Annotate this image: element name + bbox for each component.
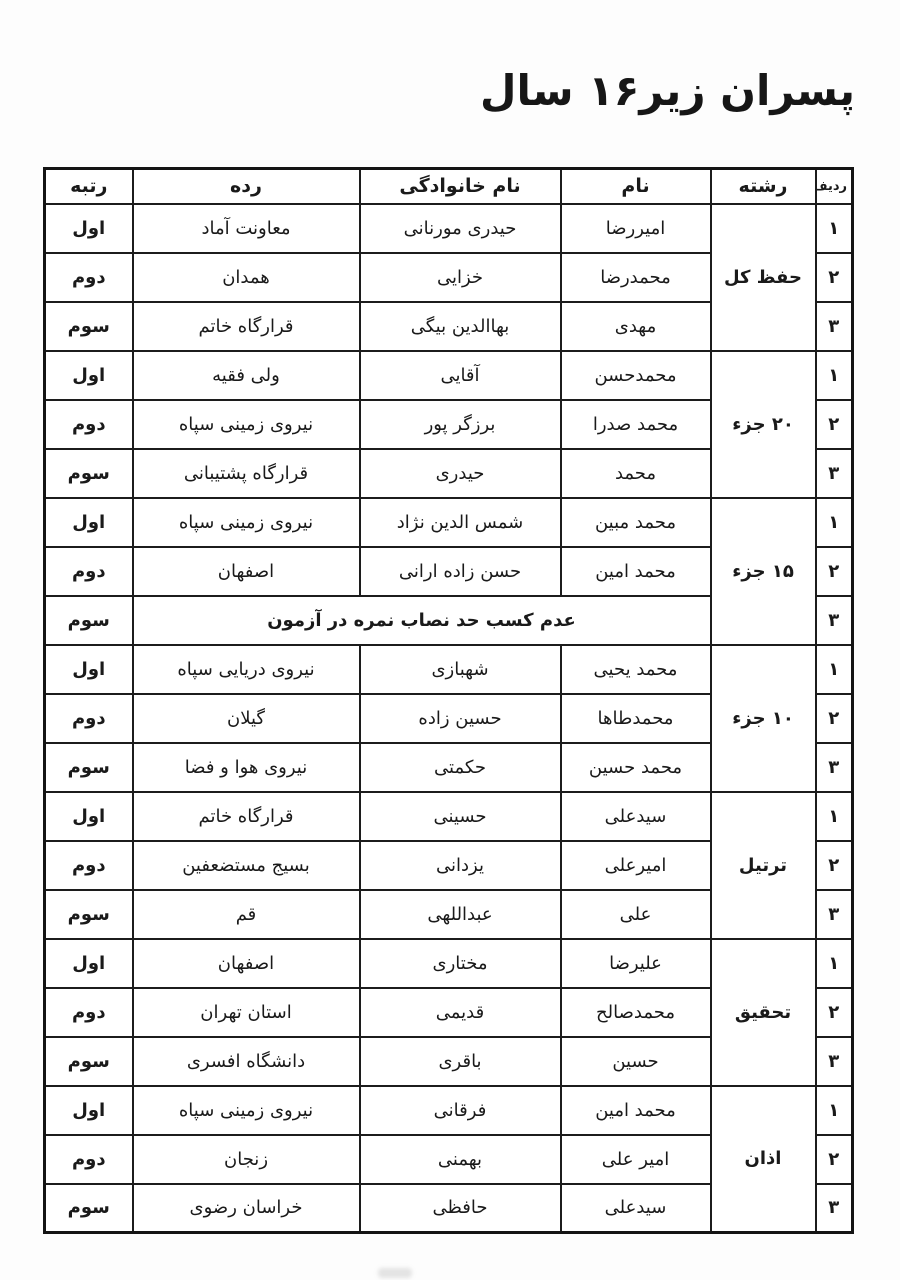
table-row: ۱ترتیلسیدعلیحسینیقرارگاه خاتماول xyxy=(45,792,853,841)
table-row: ۱تحقیقعلیرضامختاریاصفهاناول xyxy=(45,939,853,988)
table-row: ۱۱۵ جزءمحمد مبینشمس الدین نژادنیروی زمین… xyxy=(45,498,853,547)
row-number-cell: ۲ xyxy=(816,988,853,1037)
family-name-cell: مختاری xyxy=(360,939,561,988)
rank-cell: اول xyxy=(45,939,133,988)
first-name-cell: محمدحسن xyxy=(561,351,711,400)
first-name-cell: محمد مبین xyxy=(561,498,711,547)
row-number-cell: ۱ xyxy=(816,939,853,988)
page-title: پسران زیر۱۶ سال xyxy=(45,52,855,130)
rank-cell: سوم xyxy=(45,1037,133,1086)
category-cell: نیروی زمینی سپاه xyxy=(133,1086,360,1135)
header-row-number: ردیف xyxy=(816,169,853,204)
table-row: ۱حفظ کلامیررضاحیدری مورنانیمعاونت آماداو… xyxy=(45,204,853,253)
category-cell: نیروی دریایی سپاه xyxy=(133,645,360,694)
row-number-cell: ۲ xyxy=(816,400,853,449)
family-name-cell: حسن زاده ارانی xyxy=(360,547,561,596)
category-cell: نیروی زمینی سپاه xyxy=(133,400,360,449)
category-cell: قرارگاه خاتم xyxy=(133,302,360,351)
first-name-cell: محمد امین xyxy=(561,547,711,596)
discipline-cell: اذان xyxy=(711,1086,816,1233)
first-name-cell: محمدطاها xyxy=(561,694,711,743)
category-cell: قرارگاه پشتیبانی xyxy=(133,449,360,498)
category-cell: همدان xyxy=(133,253,360,302)
no-quorum-merged-cell: عدم کسب حد نصاب نمره در آزمون xyxy=(133,596,711,645)
family-name-cell: حیدری مورنانی xyxy=(360,204,561,253)
family-name-cell: شهبازی xyxy=(360,645,561,694)
rank-cell: دوم xyxy=(45,694,133,743)
row-number-cell: ۳ xyxy=(816,302,853,351)
first-name-cell: امیر علی xyxy=(561,1135,711,1184)
category-cell: گیلان xyxy=(133,694,360,743)
results-table: ردیف رشته نام نام خانوادگی رده رتبه ۱حفظ… xyxy=(43,167,854,1234)
rank-cell: دوم xyxy=(45,400,133,449)
first-name-cell: محمد یحیی xyxy=(561,645,711,694)
family-name-cell: برزگر پور xyxy=(360,400,561,449)
rank-cell: دوم xyxy=(45,253,133,302)
row-number-cell: ۳ xyxy=(816,1184,853,1233)
discipline-cell: ۲۰ جزء xyxy=(711,351,816,498)
page-number-artifact xyxy=(378,1268,412,1278)
family-name-cell: قدیمی xyxy=(360,988,561,1037)
rank-cell: دوم xyxy=(45,547,133,596)
family-name-cell: باقری xyxy=(360,1037,561,1086)
first-name-cell: حسین xyxy=(561,1037,711,1086)
rank-cell: اول xyxy=(45,792,133,841)
rank-cell: اول xyxy=(45,204,133,253)
first-name-cell: محمد حسین xyxy=(561,743,711,792)
discipline-cell: ترتیل xyxy=(711,792,816,939)
category-cell: قم xyxy=(133,890,360,939)
first-name-cell: محمدرضا xyxy=(561,253,711,302)
first-name-cell: علیرضا xyxy=(561,939,711,988)
discipline-cell: ۱۰ جزء xyxy=(711,645,816,792)
first-name-cell: امیرعلی xyxy=(561,841,711,890)
results-table-body: ۱حفظ کلامیررضاحیدری مورنانیمعاونت آماداو… xyxy=(45,204,853,1233)
first-name-cell: سیدعلی xyxy=(561,1184,711,1233)
row-number-cell: ۱ xyxy=(816,204,853,253)
first-name-cell: علی xyxy=(561,890,711,939)
row-number-cell: ۳ xyxy=(816,449,853,498)
category-cell: استان تهران xyxy=(133,988,360,1037)
rank-cell: دوم xyxy=(45,988,133,1037)
document-page: پسران زیر۱۶ سال ردیف رشته نام نام خانواد… xyxy=(0,0,900,1280)
table-row: ۱۱۰ جزءمحمد یحییشهبازینیروی دریایی سپاها… xyxy=(45,645,853,694)
family-name-cell: عبداللهی xyxy=(360,890,561,939)
first-name-cell: امیررضا xyxy=(561,204,711,253)
rank-cell: سوم xyxy=(45,1184,133,1233)
first-name-cell: محمدصالح xyxy=(561,988,711,1037)
row-number-cell: ۱ xyxy=(816,498,853,547)
row-number-cell: ۱ xyxy=(816,792,853,841)
category-cell: دانشگاه افسری xyxy=(133,1037,360,1086)
rank-cell: اول xyxy=(45,645,133,694)
table-header: ردیف رشته نام نام خانوادگی رده رتبه xyxy=(45,169,853,204)
row-number-cell: ۱ xyxy=(816,1086,853,1135)
family-name-cell: حافظی xyxy=(360,1184,561,1233)
family-name-cell: فرقانی xyxy=(360,1086,561,1135)
category-cell: نیروی زمینی سپاه xyxy=(133,498,360,547)
first-name-cell: محمد xyxy=(561,449,711,498)
row-number-cell: ۳ xyxy=(816,890,853,939)
discipline-cell: تحقیق xyxy=(711,939,816,1086)
table-row: ۱۲۰ جزءمحمدحسنآقاییولی فقیهاول xyxy=(45,351,853,400)
category-cell: زنجان xyxy=(133,1135,360,1184)
category-cell: اصفهان xyxy=(133,547,360,596)
row-number-cell: ۲ xyxy=(816,1135,853,1184)
header-rank: رتبه xyxy=(45,169,133,204)
rank-cell: اول xyxy=(45,351,133,400)
family-name-cell: خزایی xyxy=(360,253,561,302)
row-number-cell: ۱ xyxy=(816,351,853,400)
row-number-cell: ۳ xyxy=(816,1037,853,1086)
family-name-cell: شمس الدین نژاد xyxy=(360,498,561,547)
category-cell: معاونت آماد xyxy=(133,204,360,253)
row-number-cell: ۱ xyxy=(816,645,853,694)
category-cell: قرارگاه خاتم xyxy=(133,792,360,841)
table-row: ۱اذانمحمد امینفرقانینیروی زمینی سپاهاول xyxy=(45,1086,853,1135)
row-number-cell: ۳ xyxy=(816,743,853,792)
family-name-cell: آقایی xyxy=(360,351,561,400)
rank-cell: سوم xyxy=(45,302,133,351)
header-discipline: رشته xyxy=(711,169,816,204)
rank-cell: دوم xyxy=(45,1135,133,1184)
rank-cell: سوم xyxy=(45,596,133,645)
row-number-cell: ۲ xyxy=(816,253,853,302)
row-number-cell: ۲ xyxy=(816,841,853,890)
row-number-cell: ۲ xyxy=(816,547,853,596)
header-family-name: نام خانوادگی xyxy=(360,169,561,204)
family-name-cell: بهاالدین بیگی xyxy=(360,302,561,351)
category-cell: بسیج مستضعفین xyxy=(133,841,360,890)
header-row: ردیف رشته نام نام خانوادگی رده رتبه xyxy=(45,169,853,204)
family-name-cell: بهمنی xyxy=(360,1135,561,1184)
header-category: رده xyxy=(133,169,360,204)
family-name-cell: حیدری xyxy=(360,449,561,498)
first-name-cell: سیدعلی xyxy=(561,792,711,841)
discipline-cell: ۱۵ جزء xyxy=(711,498,816,645)
discipline-cell: حفظ کل xyxy=(711,204,816,351)
first-name-cell: محمد امین xyxy=(561,1086,711,1135)
rank-cell: سوم xyxy=(45,743,133,792)
rank-cell: اول xyxy=(45,1086,133,1135)
family-name-cell: حکمتی xyxy=(360,743,561,792)
rank-cell: دوم xyxy=(45,841,133,890)
rank-cell: اول xyxy=(45,498,133,547)
family-name-cell: یزدانی xyxy=(360,841,561,890)
rank-cell: سوم xyxy=(45,449,133,498)
first-name-cell: مهدی xyxy=(561,302,711,351)
row-number-cell: ۳ xyxy=(816,596,853,645)
category-cell: اصفهان xyxy=(133,939,360,988)
category-cell: خراسان رضوی xyxy=(133,1184,360,1233)
category-cell: نیروی هوا و فضا xyxy=(133,743,360,792)
first-name-cell: محمد صدرا xyxy=(561,400,711,449)
row-number-cell: ۲ xyxy=(816,694,853,743)
rank-cell: سوم xyxy=(45,890,133,939)
family-name-cell: حسینی xyxy=(360,792,561,841)
category-cell: ولی فقیه xyxy=(133,351,360,400)
header-first-name: نام xyxy=(561,169,711,204)
family-name-cell: حسین زاده xyxy=(360,694,561,743)
